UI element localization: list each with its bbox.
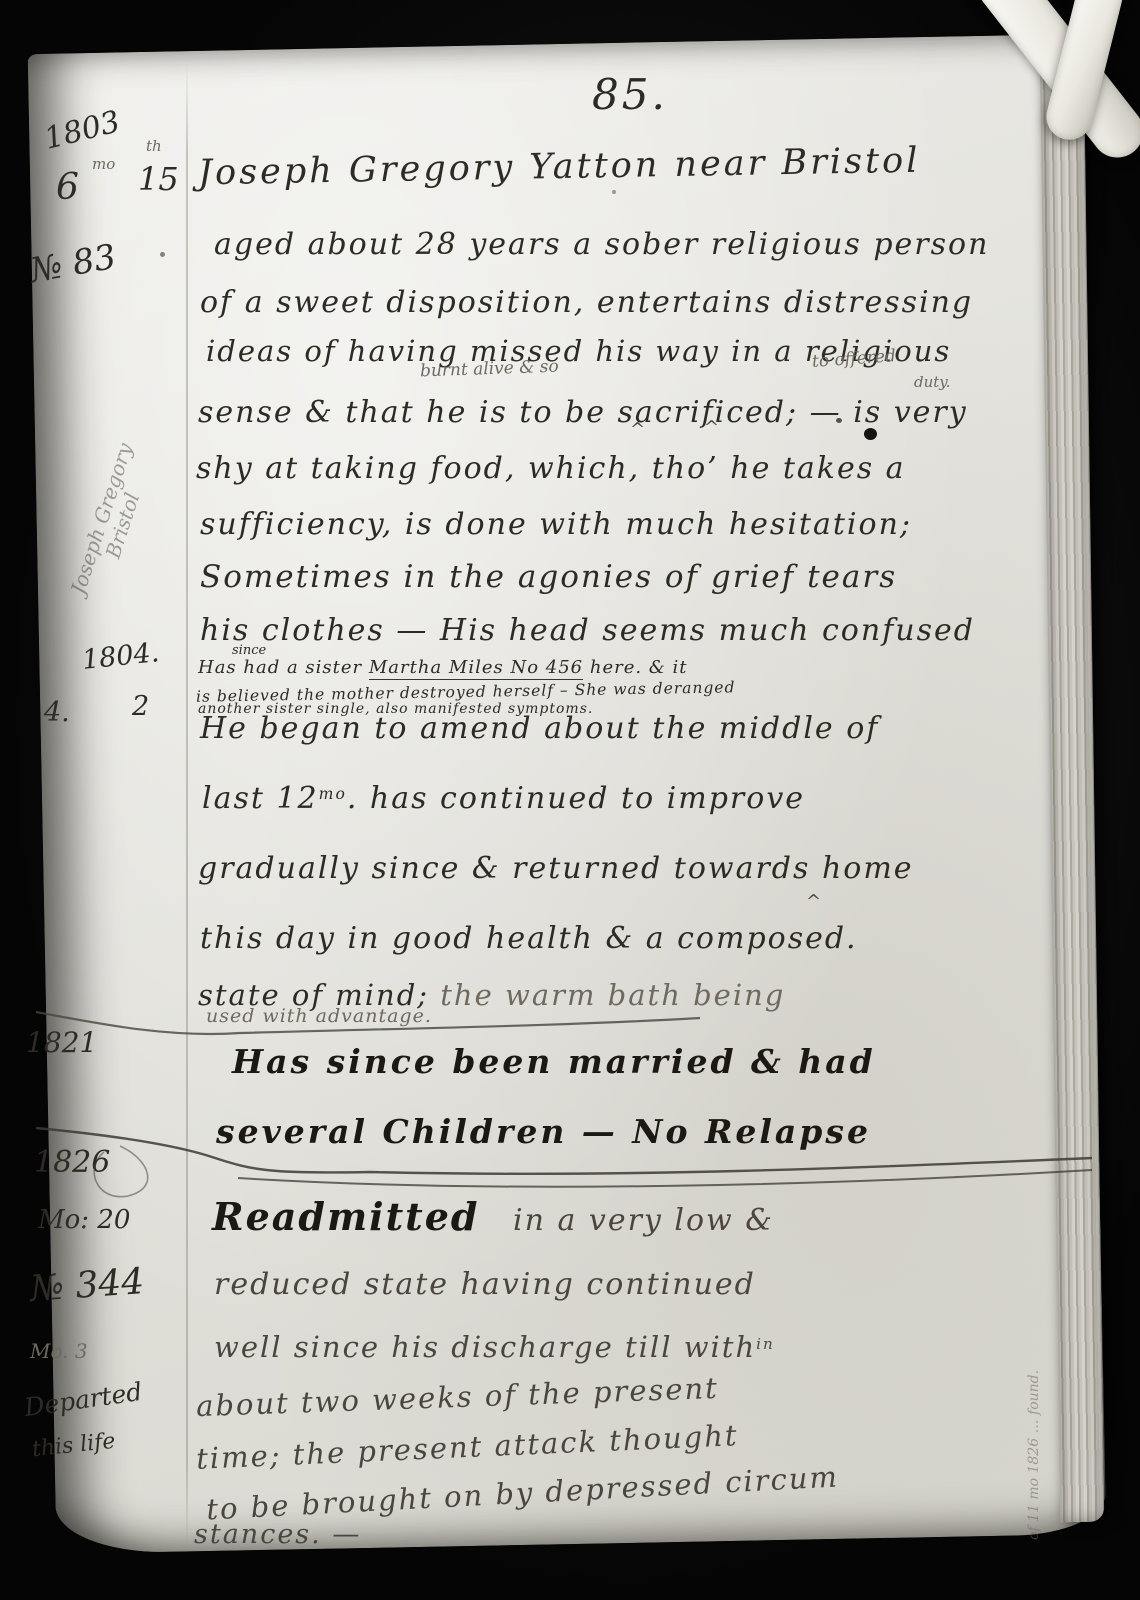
insertion-caret: ^ bbox=[806, 892, 821, 912]
entry-1804-line2-post: . has continued to improve bbox=[347, 781, 805, 816]
entry-1804-line: this day in good health & a composed. bbox=[200, 922, 858, 955]
entry-1804-line: last 12mo. has continued to improve bbox=[202, 782, 805, 815]
entry-1804-day: 2 bbox=[132, 692, 149, 722]
entry-1826-line: stances. — bbox=[194, 1520, 361, 1550]
entry-1826-readmitted-word: Readmitted bbox=[212, 1194, 479, 1239]
entry-1803-month-suffix: mo bbox=[92, 156, 115, 173]
entry-1803-day: 15 bbox=[138, 162, 179, 197]
entry-1804-line: He began to amend about the middle of bbox=[200, 712, 879, 745]
entry-1804-line2-pre: last 12 bbox=[202, 781, 319, 816]
entry-1803-line: shy at taking food, which, tho’ he takes… bbox=[196, 452, 906, 485]
entry-1826-year: 1826 bbox=[34, 1146, 110, 1179]
entry-1804-line: gradually since & returned towards home bbox=[198, 852, 914, 885]
inserted-note-pre: Has had a sister bbox=[198, 657, 369, 678]
entry-1826-month-note: Mo. 3 bbox=[30, 1340, 88, 1362]
entry-1826-case-number: № 344 bbox=[29, 1262, 146, 1309]
entry-1826-date: Mo: 20 bbox=[38, 1206, 130, 1235]
edge-rotated-note: of 11 mo 1826 … found. bbox=[1026, 1180, 1042, 1540]
manuscript-photo: 85. 1803 mo 6 th 15 № 83 Joseph Gregory … bbox=[0, 0, 1140, 1600]
entry-1803-line: Sometimes in the agonies of grief tears bbox=[200, 560, 897, 594]
entry-1803-line: aged about 28 years a sober religious pe… bbox=[214, 228, 989, 261]
entry-1826-line: Readmitted in a very low & bbox=[212, 1196, 774, 1238]
entry-1803-month: 6 bbox=[56, 168, 79, 208]
entry-1821-line: Has since been married & had bbox=[232, 1044, 876, 1080]
insertion-caret: ^ bbox=[630, 420, 645, 440]
ink-blot bbox=[836, 418, 842, 423]
inserted-note-line: Has had a sister Martha Miles No 456 her… bbox=[198, 658, 688, 678]
entry-1826-line1-rest: in a very low & bbox=[513, 1203, 774, 1238]
page-number: 85. bbox=[592, 72, 668, 118]
entry-1826-line: well since his discharge till within bbox=[214, 1332, 775, 1364]
entry-1803-line: of a sweet disposition, entertains distr… bbox=[200, 286, 973, 319]
entry-1804-line2-superscript: mo bbox=[319, 785, 347, 803]
entry-1804-line5-b: the warm bath being bbox=[440, 978, 785, 1012]
entry-1804-line: used with advantage. bbox=[206, 1006, 432, 1027]
entry-1803-line: his clothes — His head seems much confus… bbox=[200, 614, 975, 647]
ink-blot bbox=[612, 190, 616, 194]
entry-1803-day-suffix: th bbox=[146, 138, 162, 155]
entry-1826-line3-superscript: in bbox=[756, 1335, 775, 1353]
entry-1803-line: sufficiency, is done with much hesitatio… bbox=[200, 508, 912, 541]
ink-blot bbox=[160, 252, 165, 257]
insertion-caret: ^ bbox=[704, 418, 719, 438]
inserted-note-post: here. & it bbox=[583, 657, 687, 678]
interline-insertion: duty. bbox=[914, 374, 951, 391]
margin-rule-line bbox=[186, 64, 188, 1552]
ink-blot bbox=[864, 428, 877, 440]
inserted-note-underlined: Martha Miles No 456 bbox=[369, 657, 583, 680]
entry-1804-month: 4. bbox=[44, 698, 70, 728]
entry-1821-year: 1821 bbox=[26, 1028, 97, 1059]
entry-1826-line3-pre: well since his discharge till with bbox=[214, 1330, 756, 1364]
entry-1803-line: sense & that he is to be sacrificed; — i… bbox=[198, 396, 968, 429]
entry-1821-line: several Children — No Relapse bbox=[216, 1114, 871, 1150]
entry-1826-line: reduced state having continued bbox=[214, 1268, 756, 1301]
